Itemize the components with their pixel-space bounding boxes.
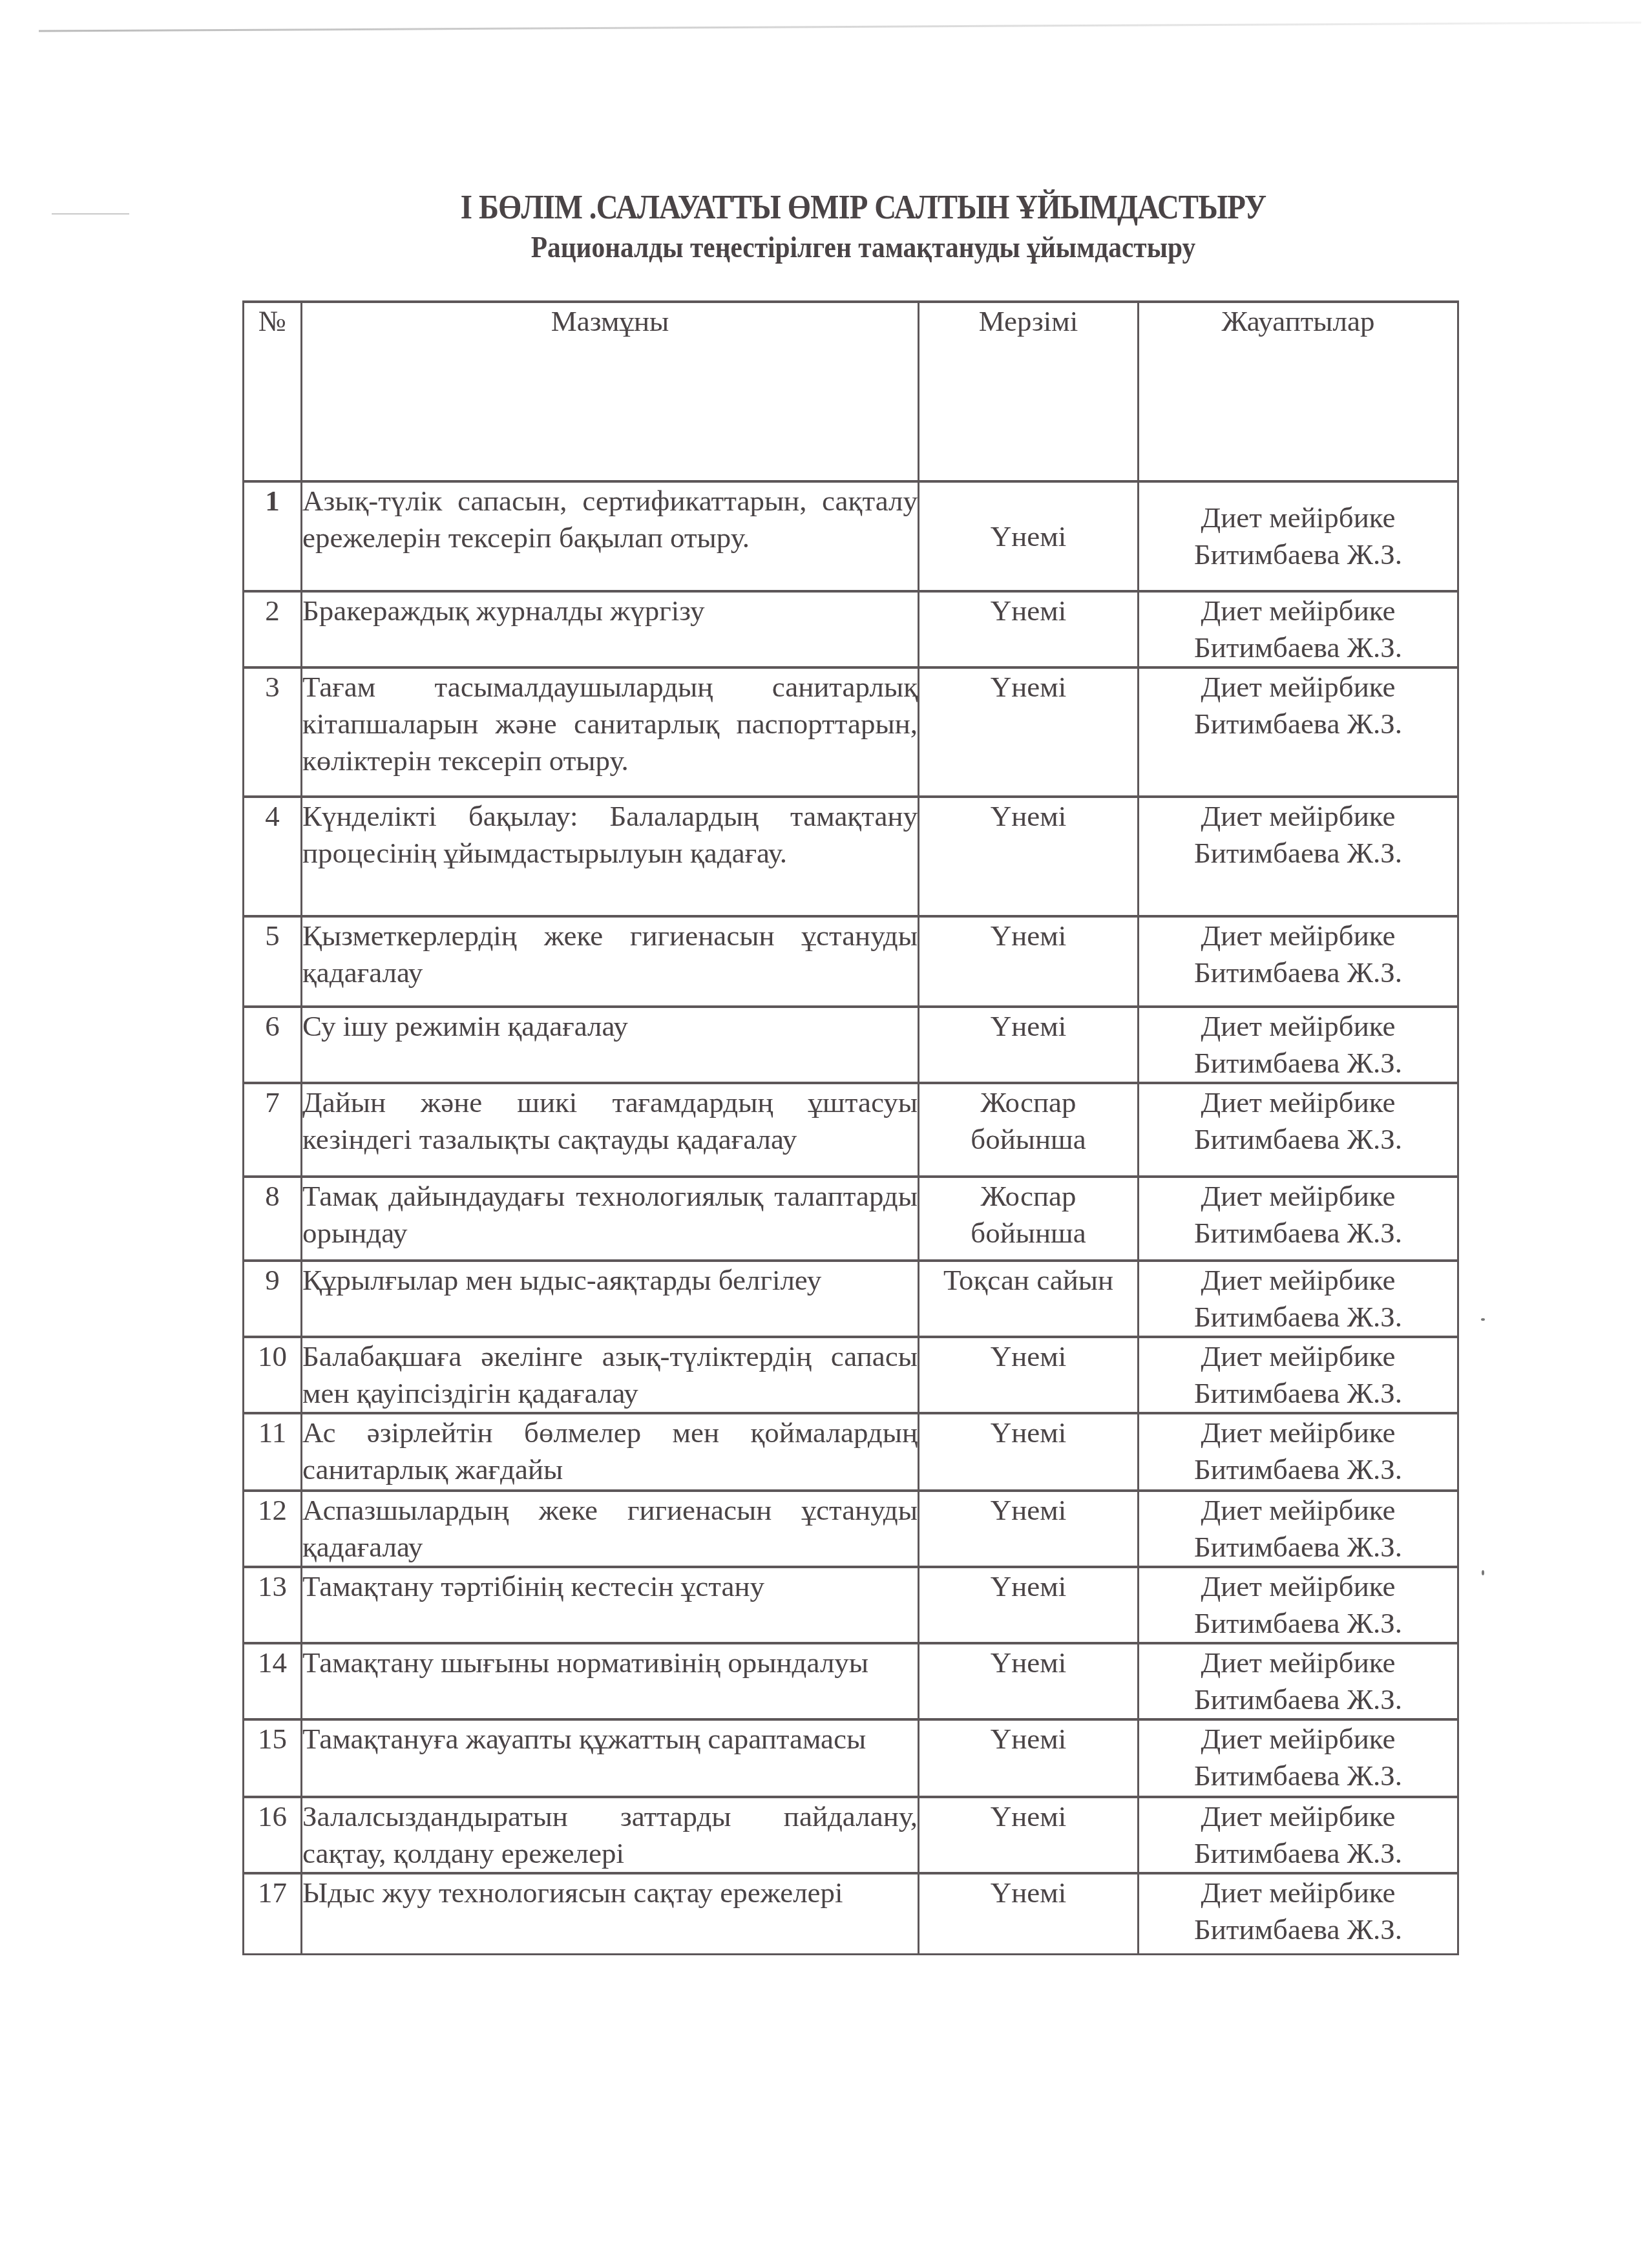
table-header-row: № Мазмұны Мерзімі Жауаптылар [244, 302, 1458, 481]
responsible-name: Битимбаева Ж.З. [1139, 1758, 1457, 1794]
row-content: Тамақтануға жауапты құжаттың сараптамасы [302, 1719, 919, 1797]
responsible-role: Диет мейірбике [1139, 918, 1457, 954]
table-row: 14 Тамақтану шығыны нормативінің орындал… [244, 1643, 1458, 1719]
row-responsible: Диет мейірбике Битимбаева Ж.З. [1139, 1007, 1458, 1083]
header-content: Мазмұны [302, 302, 919, 481]
row-content: Балабақшаға әкелінге азық-түліктердің са… [302, 1337, 919, 1413]
row-number: 2 [244, 591, 302, 667]
row-content: Тамақ дайындаудағы технологиялық талапта… [302, 1177, 919, 1261]
row-term: Үнемі [919, 1873, 1139, 1954]
row-number: 10 [244, 1337, 302, 1413]
scan-speck [52, 213, 129, 215]
responsible-role: Диет мейірбике [1139, 1798, 1457, 1835]
row-term: Үнемі [919, 1007, 1139, 1083]
row-responsible: Диет мейірбике Битимбаева Ж.З. [1139, 1643, 1458, 1719]
document-header: І БӨЛІМ .САЛАУАТТЫ ӨМІР САЛТЫН ҰЙЫМДАСТЫ… [0, 187, 1649, 266]
row-content: Тағам тасымалдаушылардың санитарлық кіта… [302, 667, 919, 797]
plan-table: № Мазмұны Мерзімі Жауаптылар 1 Азық-түлі… [242, 300, 1459, 1955]
responsible-name: Битимбаева Ж.З. [1139, 1215, 1457, 1252]
row-responsible: Диет мейірбике Битимбаева Ж.З. [1139, 1177, 1458, 1261]
header-responsible: Жауаптылар [1139, 302, 1458, 481]
table-row: 2 Бракераждық журналды жүргізу Үнемі Дие… [244, 591, 1458, 667]
row-number: 13 [244, 1567, 302, 1643]
row-number: 1 [244, 481, 302, 591]
row-responsible: Диет мейірбике Битимбаева Ж.З. [1139, 591, 1458, 667]
header-number: № [244, 302, 302, 481]
row-content: Қызметкерлердің жеке гигиенасын ұстануды… [302, 916, 919, 1007]
row-content: Дайын және шикі тағамдардың ұштасуы кезі… [302, 1083, 919, 1177]
row-term: Үнемі [919, 797, 1139, 916]
responsible-name: Битимбаева Ж.З. [1139, 954, 1457, 991]
row-content: Азық-түлік сапасын, сертификаттарын, сақ… [302, 481, 919, 591]
responsible-name: Битимбаева Ж.З. [1139, 1911, 1457, 1948]
row-responsible: Диет мейірбике Битимбаева Ж.З. [1139, 916, 1458, 1007]
row-content: Ас әзірлейтін бөлмелер мен қоймалардың с… [302, 1413, 919, 1491]
row-number: 11 [244, 1413, 302, 1491]
section-subtitle: Рационалды теңестірілген тамақтануды ұйы… [156, 229, 1571, 266]
row-content: Тамақтану тәртібінің кестесін ұстану [302, 1567, 919, 1643]
responsible-role: Диет мейірбике [1139, 1492, 1457, 1529]
responsible-role: Диет мейірбике [1139, 1338, 1457, 1375]
responsible-name: Битимбаева Ж.З. [1139, 1375, 1457, 1412]
table-row: 4 Күнделікті бақылау: Балалардың тамақта… [244, 797, 1458, 916]
responsible-name: Битимбаева Ж.З. [1139, 835, 1457, 872]
scan-speck [1481, 1318, 1485, 1321]
row-term: Үнемі [919, 1337, 1139, 1413]
row-content: Ыдыс жуу технологиясын сақтау ережелері [302, 1873, 919, 1954]
table-row: 10 Балабақшаға әкелінге азық-түліктердің… [244, 1337, 1458, 1413]
row-responsible: Диет мейірбике Битимбаева Ж.З. [1139, 797, 1458, 916]
responsible-name: Битимбаева Ж.З. [1139, 1835, 1457, 1872]
table-row: 12 Аспазшылардың жеке гигиенасын ұстануд… [244, 1491, 1458, 1567]
row-term: Үнемі [919, 1567, 1139, 1643]
row-number: 8 [244, 1177, 302, 1261]
row-term: Тоқсан сайын [919, 1261, 1139, 1337]
table-row: 11 Ас әзірлейтін бөлмелер мен қоймаларды… [244, 1413, 1458, 1491]
row-number: 4 [244, 797, 302, 916]
row-number: 9 [244, 1261, 302, 1337]
row-responsible: Диет мейірбике Битимбаева Ж.З. [1139, 1567, 1458, 1643]
responsible-role: Диет мейірбике [1139, 593, 1457, 629]
row-number: 5 [244, 916, 302, 1007]
row-term: Үнемі [919, 1643, 1139, 1719]
responsible-role: Диет мейірбике [1139, 1178, 1457, 1215]
responsible-name: Битимбаева Ж.З. [1139, 706, 1457, 742]
row-responsible: Диет мейірбике Битимбаева Ж.З. [1139, 1083, 1458, 1177]
responsible-role: Диет мейірбике [1139, 1721, 1457, 1758]
responsible-role: Диет мейірбике [1139, 1568, 1457, 1605]
row-term: Үнемі [919, 591, 1139, 667]
scan-edge-artifact [39, 22, 1641, 32]
row-term: Үнемі [919, 1719, 1139, 1797]
row-term: Үнемі [919, 667, 1139, 797]
row-number: 7 [244, 1083, 302, 1177]
table-row: 5 Қызметкерлердің жеке гигиенасын ұстану… [244, 916, 1458, 1007]
row-term: Үнемі [919, 1413, 1139, 1491]
row-term: Үнемі [919, 1491, 1139, 1567]
responsible-name: Битимбаева Ж.З. [1139, 1045, 1457, 1082]
responsible-name: Битимбаева Ж.З. [1139, 536, 1457, 573]
table-row: 15 Тамақтануға жауапты құжаттың сараптам… [244, 1719, 1458, 1797]
row-responsible: Диет мейірбике Битимбаева Ж.З. [1139, 667, 1458, 797]
responsible-name: Битимбаева Ж.З. [1139, 1121, 1457, 1158]
responsible-role: Диет мейірбике [1139, 1874, 1457, 1911]
table-row: 9 Құрылғылар мен ыдыс-аяқтарды белгілеу … [244, 1261, 1458, 1337]
table-row: 8 Тамақ дайындаудағы технологиялық талап… [244, 1177, 1458, 1261]
row-content: Су ішу режимін қадағалау [302, 1007, 919, 1083]
header-term: Мерзімі [919, 302, 1139, 481]
row-content: Залалсыздандыратын заттарды пайдалану, с… [302, 1797, 919, 1873]
responsible-role: Диет мейірбике [1139, 669, 1457, 706]
table-row: 6 Су ішу режимін қадағалау Үнемі Диет ме… [244, 1007, 1458, 1083]
responsible-role: Диет мейірбике [1139, 1084, 1457, 1121]
row-responsible: Диет мейірбике Битимбаева Ж.З. [1139, 481, 1458, 591]
row-term: Үнемі [919, 1797, 1139, 1873]
row-number: 6 [244, 1007, 302, 1083]
row-number: 17 [244, 1873, 302, 1954]
table-row: 16 Залалсыздандыратын заттарды пайдалану… [244, 1797, 1458, 1873]
table-row: 13 Тамақтану тәртібінің кестесін ұстану … [244, 1567, 1458, 1643]
row-number: 14 [244, 1643, 302, 1719]
table-row: 3 Тағам тасымалдаушылардың санитарлық кі… [244, 667, 1458, 797]
row-content: Бракераждық журналды жүргізу [302, 591, 919, 667]
row-responsible: Диет мейірбике Битимбаева Ж.З. [1139, 1719, 1458, 1797]
row-responsible: Диет мейірбике Битимбаева Ж.З. [1139, 1337, 1458, 1413]
section-title: І БӨЛІМ .САЛАУАТТЫ ӨМІР САЛТЫН ҰЙЫМДАСТЫ… [156, 187, 1571, 229]
table-row: 7 Дайын және шикі тағамдардың ұштасуы ке… [244, 1083, 1458, 1177]
row-content: Аспазшылардың жеке гигиенасын ұстануды қ… [302, 1491, 919, 1567]
row-term: Үнемі [919, 481, 1139, 591]
responsible-name: Битимбаева Ж.З. [1139, 1681, 1457, 1718]
responsible-role: Диет мейірбике [1139, 1644, 1457, 1681]
row-number: 12 [244, 1491, 302, 1567]
row-content: Құрылғылар мен ыдыс-аяқтарды белгілеу [302, 1261, 919, 1337]
responsible-role: Диет мейірбике [1139, 1414, 1457, 1451]
table-row: 17 Ыдыс жуу технологиясын сақтау ережеле… [244, 1873, 1458, 1954]
responsible-name: Битимбаева Ж.З. [1139, 1529, 1457, 1566]
scan-speck [1482, 1570, 1484, 1575]
row-content: Тамақтану шығыны нормативінің орындалуы [302, 1643, 919, 1719]
row-term: Үнемі [919, 916, 1139, 1007]
row-responsible: Диет мейірбике Битимбаева Ж.З. [1139, 1261, 1458, 1337]
responsible-role: Диет мейірбике [1139, 1008, 1457, 1045]
responsible-name: Битимбаева Ж.З. [1139, 1605, 1457, 1642]
row-responsible: Диет мейірбике Битимбаева Ж.З. [1139, 1491, 1458, 1567]
responsible-name: Битимбаева Ж.З. [1139, 629, 1457, 666]
row-term: Жоспар бойынша [919, 1177, 1139, 1261]
responsible-role: Диет мейірбике [1139, 499, 1457, 536]
responsible-name: Битимбаева Ж.З. [1139, 1299, 1457, 1336]
row-content: Күнделікті бақылау: Балалардың тамақтану… [302, 797, 919, 916]
responsible-name: Битимбаева Ж.З. [1139, 1451, 1457, 1488]
row-number: 3 [244, 667, 302, 797]
row-responsible: Диет мейірбике Битимбаева Ж.З. [1139, 1797, 1458, 1873]
row-responsible: Диет мейірбике Битимбаева Ж.З. [1139, 1873, 1458, 1954]
row-responsible: Диет мейірбике Битимбаева Ж.З. [1139, 1413, 1458, 1491]
row-number: 16 [244, 1797, 302, 1873]
table-row: 1 Азық-түлік сапасын, сертификаттарын, с… [244, 481, 1458, 591]
row-term: Жоспар бойынша [919, 1083, 1139, 1177]
responsible-role: Диет мейірбике [1139, 798, 1457, 835]
responsible-role: Диет мейірбике [1139, 1262, 1457, 1299]
row-number: 15 [244, 1719, 302, 1797]
